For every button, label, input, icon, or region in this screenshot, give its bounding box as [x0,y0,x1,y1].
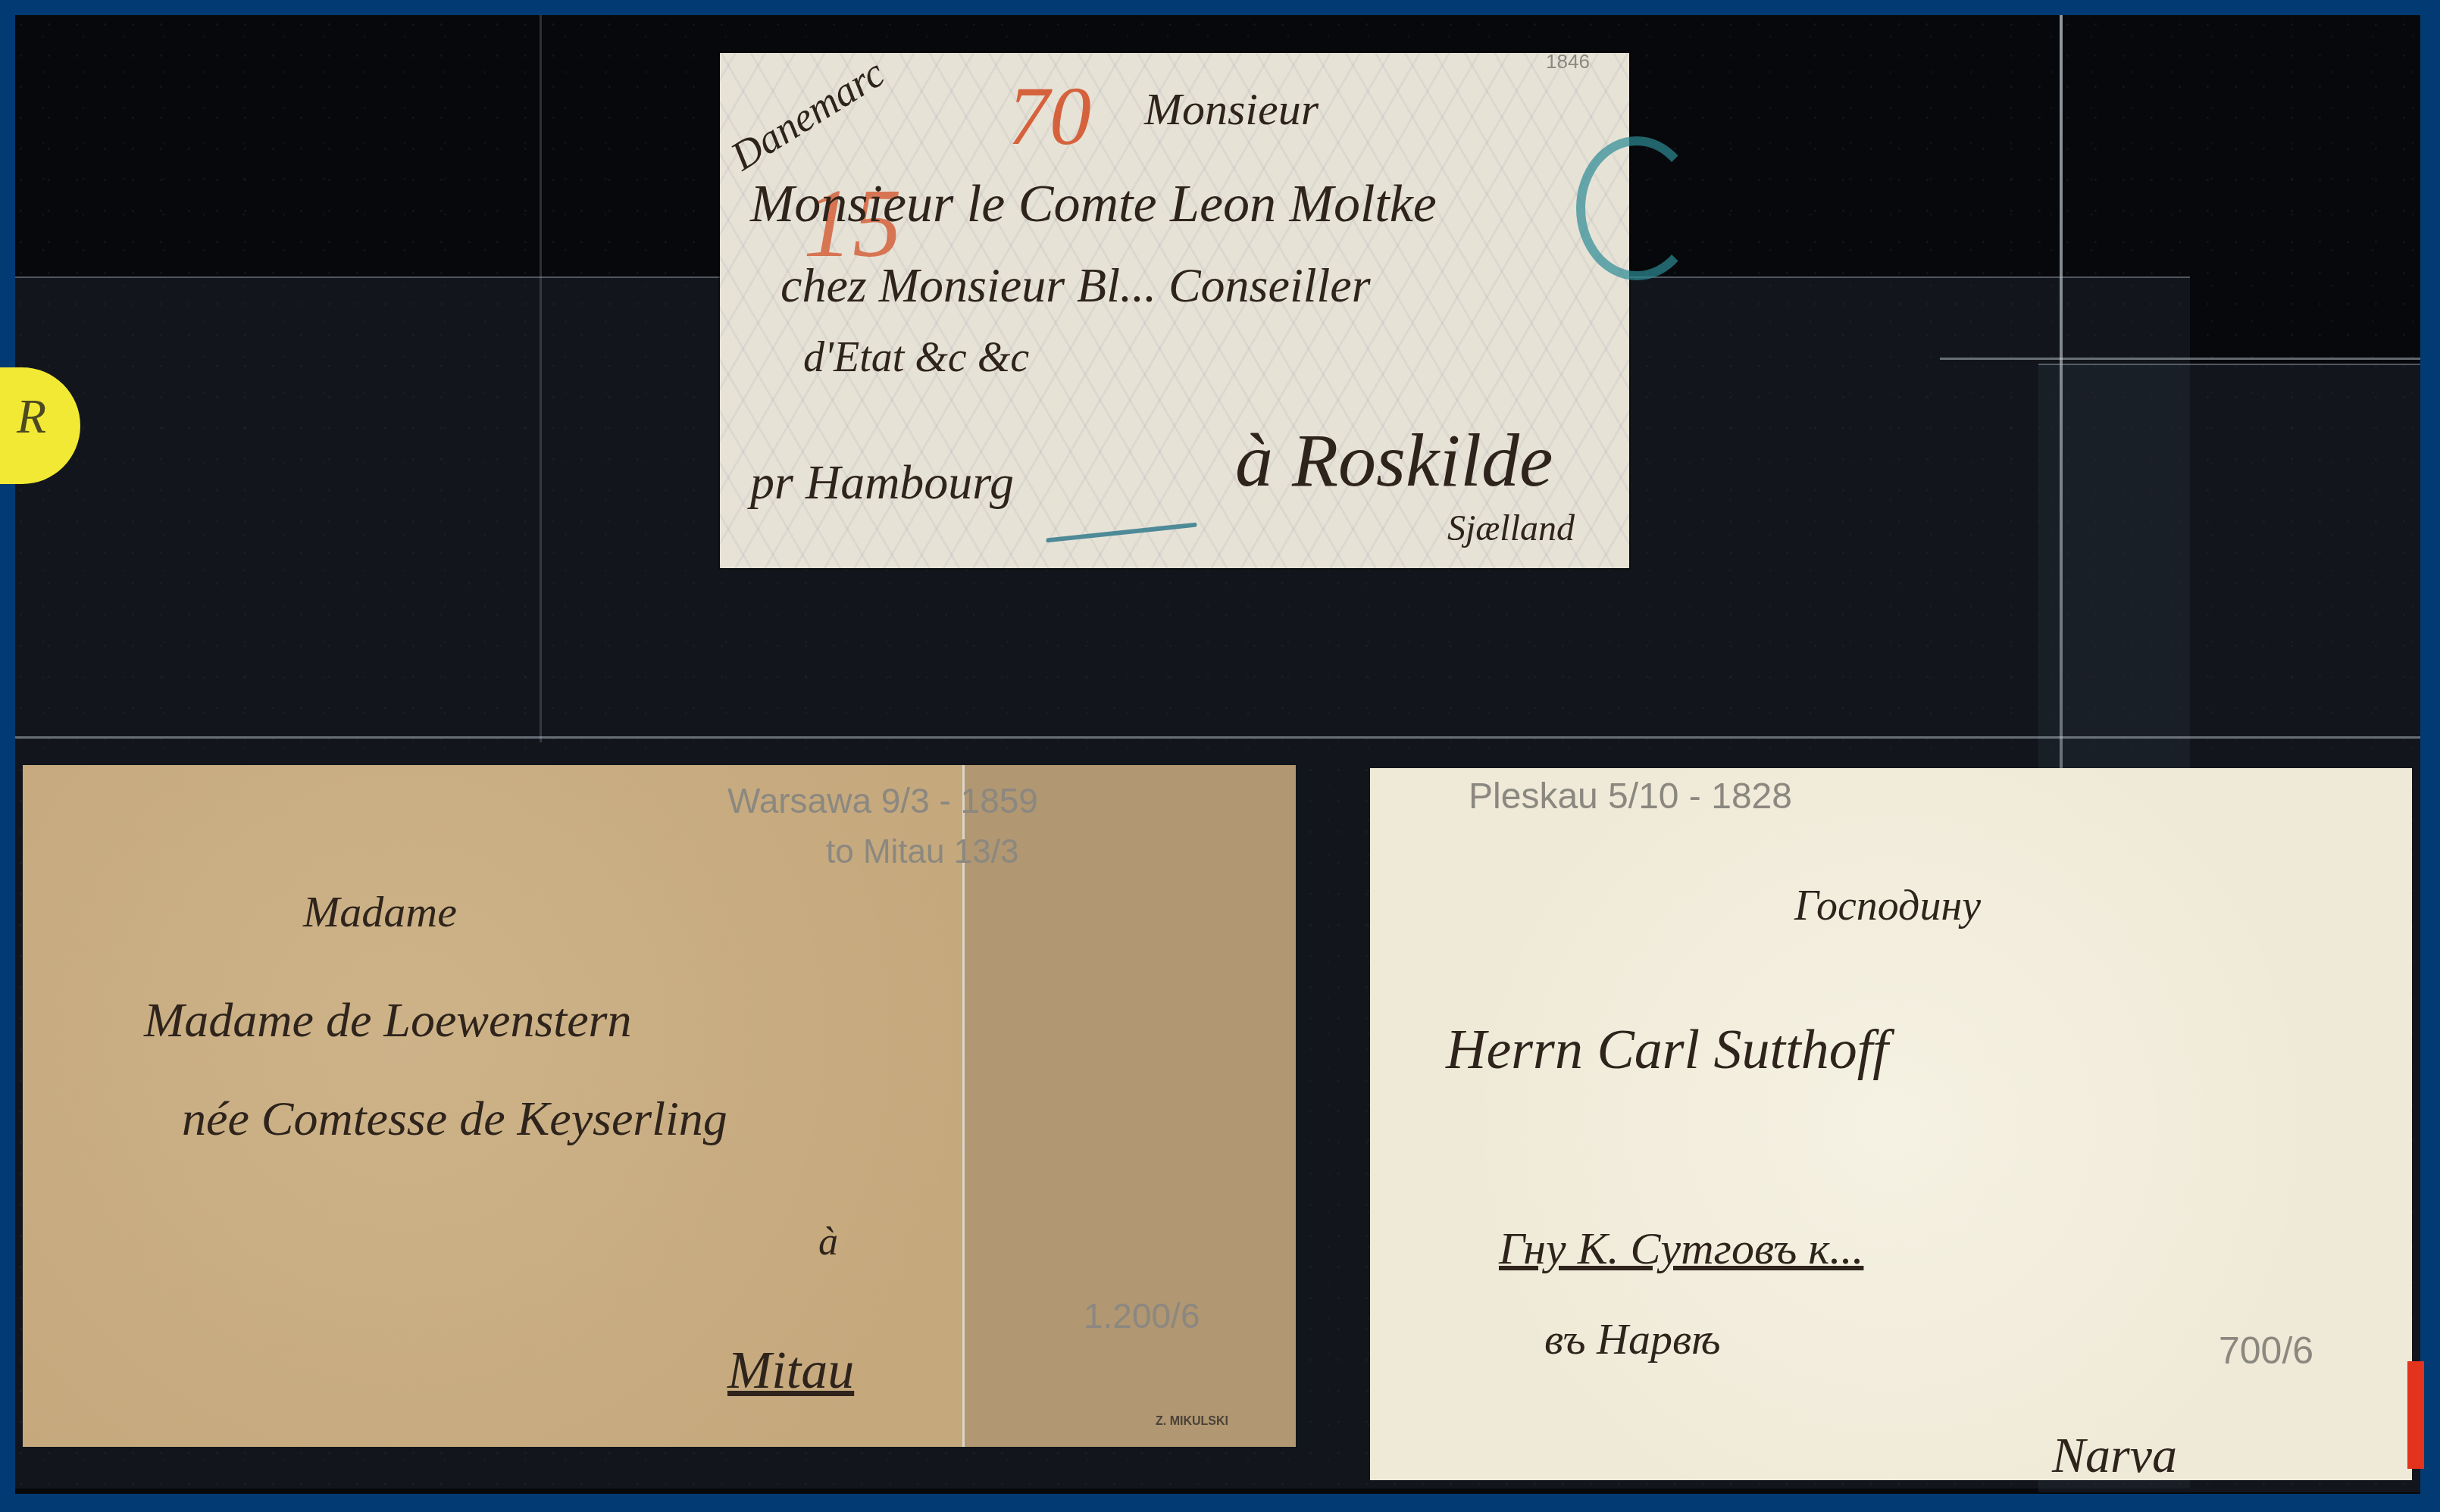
pencil-price: 1.200/6 [1084,1295,1200,1336]
address-line: d'Etat &c &c [803,333,1029,382]
letter-warsaw-1859: Warsawa 9/3 - 1859 to Mitau 13/3 Madame … [23,765,1296,1447]
pencil-note: Pleskau 5/10 - 1828 [1469,776,1792,817]
pencil-note: to Mitau 13/3 [826,833,1018,871]
address-line: Narva [2052,1427,2177,1485]
red-tab-marker [2407,1361,2424,1469]
letter-pleskau-1828: Pleskau 5/10 - 1828 Господину Herrn Carl… [1370,768,2412,1480]
address-line: Monsieur [1144,83,1319,136]
address-line: Herrn Carl Sutthoff [1446,1018,1888,1082]
address-line: chez Monsieur Bl... Conseiller [780,258,1371,314]
photo-frame: R 1846 Danemarc 70 15 Monsieur Monsieur … [0,0,2440,1512]
address-line: pr Hambourg [750,455,1014,511]
sticker-label: R [17,389,46,445]
pencil-date: 1846 [1546,50,1590,73]
pencil-note: Warsawa 9/3 - 1859 [727,780,1038,821]
strip-edge [1940,358,2420,360]
sleeve-edge [2060,15,2063,773]
address-line: Mitau [727,1341,854,1401]
routing-note: Danemarc [723,49,893,180]
address-line: Monsieur le Comte Leon Moltke [750,174,1437,235]
address-line: Madame de Loewenstern [144,992,631,1048]
address-line: à [818,1220,838,1264]
address-line: à Roskilde [1235,417,1553,504]
imprint: Z. MIKULSKI [1156,1415,1228,1429]
address-line: въ Нарвѣ [1544,1314,1721,1364]
blue-postmark [1576,136,1697,280]
letter-denmark-1846: 1846 Danemarc 70 15 Monsieur Monsieur le… [720,53,1629,568]
address-line: Гну К. Сутговъ к... [1499,1223,1863,1275]
address-line: Madame [303,886,457,937]
address-line: Господину [1794,882,1981,930]
strip-edge [15,736,2420,739]
sleeve-edge [540,15,542,742]
blue-underline [1046,523,1197,543]
pencil-price: 700/6 [2219,1329,2313,1373]
address-line: Sjælland [1447,508,1575,549]
red-rate-mark: 70 [1008,68,1091,164]
address-line: née Comtesse de Keyserling [182,1091,727,1147]
